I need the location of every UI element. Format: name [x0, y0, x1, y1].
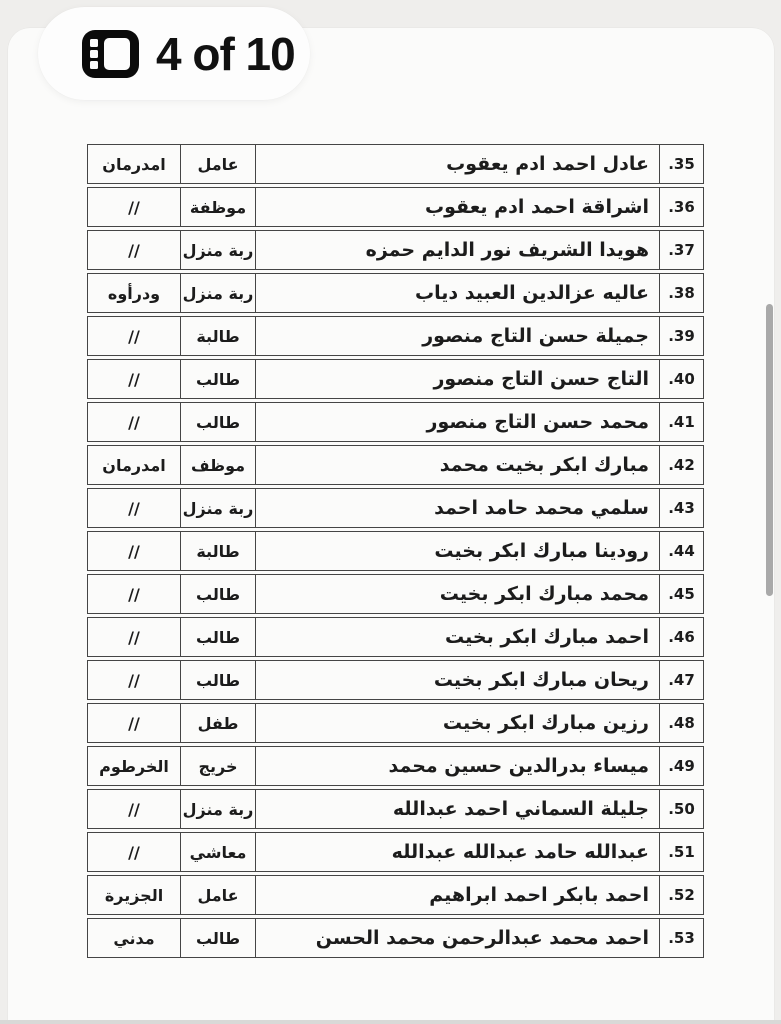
table-row: 35. عادل احمد ادم يعقوب عامل امدرمان: [87, 144, 704, 184]
person-name-cell: عبدالله حامد عبدالله عبدالله: [255, 833, 659, 871]
person-name-cell: ريحان مبارك ابكر بخيت: [255, 661, 659, 699]
row-number-cell: 39.: [659, 317, 703, 355]
occupation-cell: طالب: [180, 618, 255, 656]
table-row: 46. احمد مبارك ابكر بخيت طالب //: [87, 617, 704, 657]
row-number-cell: 41.: [659, 403, 703, 441]
row-number-cell: 38.: [659, 274, 703, 312]
table-row: 45. محمد مبارك ابكر بخيت طالب //: [87, 574, 704, 614]
location-cell: //: [88, 575, 180, 613]
location-cell: //: [88, 403, 180, 441]
household-table: 35. عادل احمد ادم يعقوب عامل امدرمان 36.…: [87, 144, 704, 958]
person-name-cell: عادل احمد ادم يعقوب: [255, 145, 659, 183]
location-cell: //: [88, 704, 180, 742]
location-cell: //: [88, 360, 180, 398]
row-number-cell: 47.: [659, 661, 703, 699]
occupation-cell: طالبة: [180, 317, 255, 355]
row-number-cell: 42.: [659, 446, 703, 484]
location-cell: امدرمان: [88, 446, 180, 484]
occupation-cell: موظفة: [180, 188, 255, 226]
location-cell: مدني: [88, 919, 180, 957]
table-row: 43. سلمي محمد حامد احمد ربة منزل //: [87, 488, 704, 528]
table-row: 42. مبارك ابكر بخيت محمد موظف امدرمان: [87, 445, 704, 485]
person-name-cell: محمد حسن التاج منصور: [255, 403, 659, 441]
next-photo-edge: [0, 1020, 781, 1024]
location-cell: الخرطوم: [88, 747, 180, 785]
page-indicator-pill[interactable]: 4 of 10: [38, 7, 310, 100]
occupation-cell: طفل: [180, 704, 255, 742]
row-number-cell: 44.: [659, 532, 703, 570]
row-number-cell: 36.: [659, 188, 703, 226]
occupation-cell: عامل: [180, 876, 255, 914]
row-number-cell: 35.: [659, 145, 703, 183]
document-page: 35. عادل احمد ادم يعقوب عامل امدرمان 36.…: [8, 28, 774, 1024]
occupation-cell: طالب: [180, 403, 255, 441]
person-name-cell: احمد محمد عبدالرحمن محمد الحسن: [255, 919, 659, 957]
person-name-cell: جليلة السماني احمد عبدالله: [255, 790, 659, 828]
table-row: 51. عبدالله حامد عبدالله عبدالله معاشي /…: [87, 832, 704, 872]
occupation-cell: ربة منزل: [180, 489, 255, 527]
occupation-cell: طالبة: [180, 532, 255, 570]
row-number-cell: 50.: [659, 790, 703, 828]
person-name-cell: جميلة حسن التاج منصور: [255, 317, 659, 355]
occupation-cell: طالب: [180, 360, 255, 398]
location-cell: //: [88, 317, 180, 355]
location-cell: //: [88, 188, 180, 226]
location-cell: //: [88, 661, 180, 699]
row-number-cell: 45.: [659, 575, 703, 613]
occupation-cell: موظف: [180, 446, 255, 484]
occupation-cell: ربة منزل: [180, 231, 255, 269]
row-number-cell: 49.: [659, 747, 703, 785]
row-number-cell: 43.: [659, 489, 703, 527]
occupation-cell: طالب: [180, 919, 255, 957]
table-row: 44. رودينا مبارك ابكر بخيت طالبة //: [87, 531, 704, 571]
person-name-cell: عاليه عزالدين العبيد دياب: [255, 274, 659, 312]
table-row: 49. ميساء بدرالدين حسين محمد خريج الخرطو…: [87, 746, 704, 786]
row-number-cell: 52.: [659, 876, 703, 914]
person-name-cell: مبارك ابكر بخيت محمد: [255, 446, 659, 484]
occupation-cell: ربة منزل: [180, 790, 255, 828]
table-row: 39. جميلة حسن التاج منصور طالبة //: [87, 316, 704, 356]
row-number-cell: 51.: [659, 833, 703, 871]
table-row: 41. محمد حسن التاج منصور طالب //: [87, 402, 704, 442]
table-row: 37. هويدا الشريف نور الدايم حمزه ربة منز…: [87, 230, 704, 270]
person-name-cell: التاج حسن التاج منصور: [255, 360, 659, 398]
occupation-cell: معاشي: [180, 833, 255, 871]
person-name-cell: رودينا مبارك ابكر بخيت: [255, 532, 659, 570]
location-cell: //: [88, 231, 180, 269]
occupation-cell: ربة منزل: [180, 274, 255, 312]
row-number-cell: 46.: [659, 618, 703, 656]
table-row: 48. رزين مبارك ابكر بخيت طفل //: [87, 703, 704, 743]
occupation-cell: طالب: [180, 575, 255, 613]
occupation-cell: طالب: [180, 661, 255, 699]
table-row: 53. احمد محمد عبدالرحمن محمد الحسن طالب …: [87, 918, 704, 958]
row-number-cell: 53.: [659, 919, 703, 957]
person-name-cell: محمد مبارك ابكر بخيت: [255, 575, 659, 613]
person-name-cell: احمد مبارك ابكر بخيت: [255, 618, 659, 656]
occupation-cell: عامل: [180, 145, 255, 183]
person-name-cell: ميساء بدرالدين حسين محمد: [255, 747, 659, 785]
person-name-cell: رزين مبارك ابكر بخيت: [255, 704, 659, 742]
table-row: 38. عاليه عزالدين العبيد دياب ربة منزل و…: [87, 273, 704, 313]
person-name-cell: احمد بابكر احمد ابراهيم: [255, 876, 659, 914]
row-number-cell: 40.: [659, 360, 703, 398]
table-row: 40. التاج حسن التاج منصور طالب //: [87, 359, 704, 399]
location-cell: الجزيرة: [88, 876, 180, 914]
location-cell: //: [88, 833, 180, 871]
location-cell: امدرمان: [88, 145, 180, 183]
location-cell: //: [88, 489, 180, 527]
page-count-label: 4 of 10: [156, 27, 295, 81]
table-row: 36. اشراقة احمد ادم يعقوب موظفة //: [87, 187, 704, 227]
row-number-cell: 48.: [659, 704, 703, 742]
location-cell: //: [88, 618, 180, 656]
filmstrip-icon: [81, 29, 140, 79]
table-row: 52. احمد بابكر احمد ابراهيم عامل الجزيرة: [87, 875, 704, 915]
person-name-cell: سلمي محمد حامد احمد: [255, 489, 659, 527]
table-row: 50. جليلة السماني احمد عبدالله ربة منزل …: [87, 789, 704, 829]
scrollbar-thumb[interactable]: [766, 304, 773, 596]
location-cell: ودرأوه: [88, 274, 180, 312]
table-row: 47. ريحان مبارك ابكر بخيت طالب //: [87, 660, 704, 700]
row-number-cell: 37.: [659, 231, 703, 269]
occupation-cell: خريج: [180, 747, 255, 785]
location-cell: //: [88, 532, 180, 570]
person-name-cell: هويدا الشريف نور الدايم حمزه: [255, 231, 659, 269]
location-cell: //: [88, 790, 180, 828]
person-name-cell: اشراقة احمد ادم يعقوب: [255, 188, 659, 226]
